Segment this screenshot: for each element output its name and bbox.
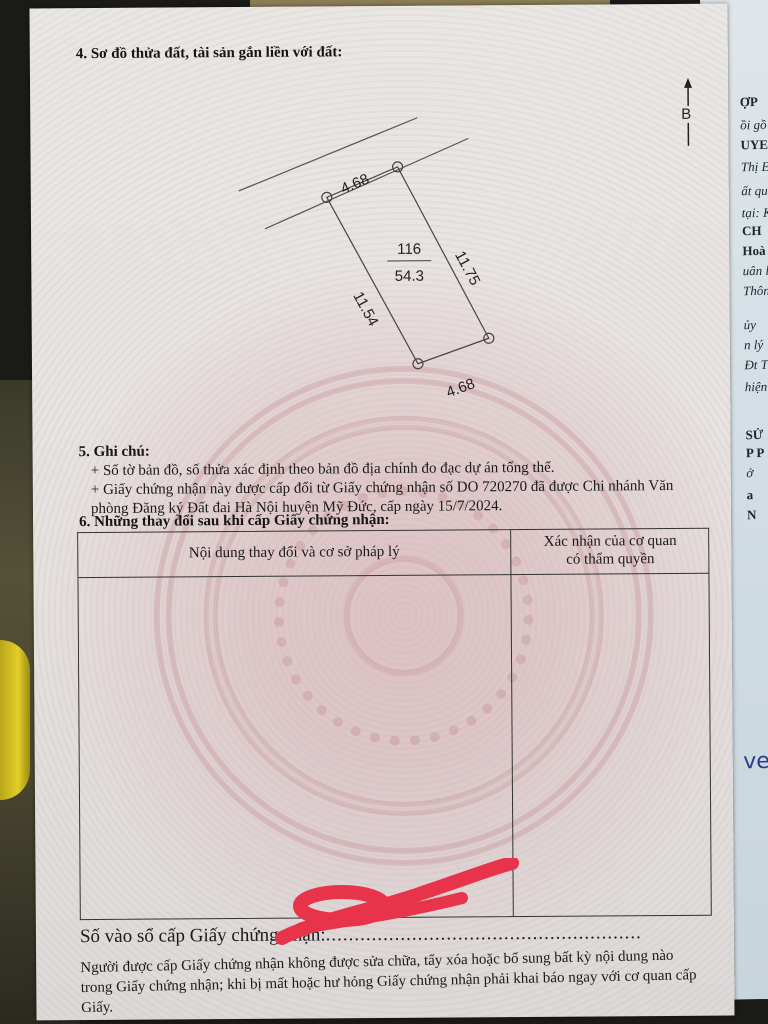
underlying-text: ất qu [741,183,768,199]
table-header-changes: Nội dung thay đổi và cơ sở pháp lý [78,543,510,563]
edge-length-bottom: 4.68 [444,375,477,401]
redaction-scribble [262,858,522,948]
underlying-text: CH [742,223,762,239]
edge-length-top: 4.68 [338,170,372,197]
underlying-text: Thị E [741,159,768,175]
background-yellow-strap [0,640,30,800]
underlying-text: Đt T [744,357,768,373]
underlying-text: Hoà [742,243,765,259]
underlying-text: a [747,487,754,503]
section-6-title: 6. Những thay đổi sau khi cấp Giấy chứng… [79,512,390,531]
table-header-confirmation: Xác nhận của cơ quan có thẩm quyền [510,532,710,569]
table-header-divider [78,573,708,578]
underlying-text: ủy [744,317,757,333]
underlying-text: ỢP [740,94,758,110]
note-line: + Số tờ bản đồ, số thửa xác định theo bả… [91,460,555,480]
section-5-title: 5. Ghi chú: [79,444,150,461]
underlying-text: N [747,507,757,523]
underlying-text: ồi gồ [740,117,767,133]
underlying-text: Thôn [743,283,768,299]
underlying-text: ở [746,465,753,481]
underlying-text: n lý [744,337,763,353]
north-arrow-label: B [681,106,691,123]
underlying-text: P P [746,445,765,461]
section-4-title: 4. Sơ đồ thửa đất, tài sản gắn liền với … [76,44,343,63]
handwritten-mark: ve [743,749,768,774]
header-line: có thẩm quyền [510,550,710,569]
underlying-text: uân l [743,263,768,279]
north-arrow: B [680,78,696,148]
underlying-text: hiện [745,379,768,395]
parcel-diagram: 116 54.3 4.68 4.68 11.54 11.75 [220,105,542,407]
underlying-text: tại: K [742,205,768,222]
underlying-text: UYE [740,137,768,153]
header-line: Xác nhận của cơ quan [510,532,710,551]
parcel-number: 116 [397,241,421,258]
edge-length-left: 11.54 [349,289,381,329]
edge-length-right: 11.75 [451,248,483,288]
underlying-text: SỬ [745,427,763,443]
parcel-area: 54.3 [395,268,424,285]
footer-warning: Người được cấp Giấy chứng nhận không đượ… [80,945,701,1018]
